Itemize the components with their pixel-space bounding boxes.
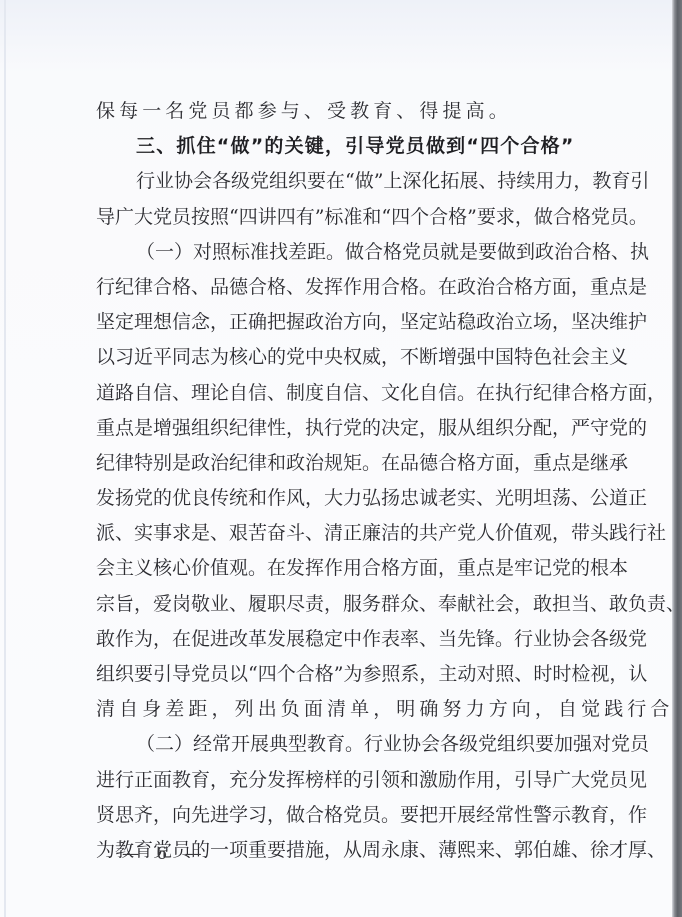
paragraph-line: 进行正面教育，充分发挥榜样的引领和激励作用，引导广大党员见 — [96, 763, 624, 798]
scan-edge-border — [672, 0, 682, 917]
document-page: 保每一名党员都参与、受教育、得提高。 三、抓住“做”的关键，引导党员做到“四个合… — [0, 0, 672, 917]
paragraph-line: 贤思齐，向先进学习，做合格党员。要把开展经常性警示教育，作 — [96, 798, 624, 833]
subsection-2-line: （二）经常开展典型教育。行业协会各级党组织要加强对党员 — [96, 727, 624, 762]
paragraph-line: 行纪律合格、品德合格、发挥作用合格。在政治合格方面，重点是 — [96, 270, 624, 305]
document-body: 保每一名党员都参与、受教育、得提高。 三、抓住“做”的关键，引导党员做到“四个合… — [96, 94, 624, 868]
paragraph-line: 坚定理想信念，正确把握政治方向，坚定站稳政治立场，坚决维护 — [96, 305, 624, 340]
paragraph-line: 发扬党的优良传统和作风，大力弘扬忠诚老实、光明坦荡、公道正 — [96, 481, 624, 516]
paragraph-line: 导广大党员按照“四讲四有”标准和“四个合格”要求，做合格党员。 — [96, 200, 624, 235]
text-line-continuation: 保每一名党员都参与、受教育、得提高。 — [96, 94, 624, 129]
page-number: — 6 — — [122, 844, 208, 864]
paragraph-line: 组织要引导党员以“四个合格”为参照系，主动对照、时时检视，认 — [96, 657, 624, 692]
scan-left-shadow — [4, 0, 6, 917]
paragraph-line: 清自身差距，列出负面清单，明确努力方向，自觉践行合格标准。 — [96, 692, 624, 727]
paragraph-line: 会主义核心价值观。在发挥作用合格方面，重点是牢记党的根本 — [96, 551, 624, 586]
section-heading-3: 三、抓住“做”的关键，引导党员做到“四个合格” — [96, 129, 624, 164]
paragraph-line: 宗旨，爱岗敬业、履职尽责，服务群众、奉献社会，敢担当、敢负责、 — [96, 587, 624, 622]
paragraph-line: 道路自信、理论自信、制度自信、文化自信。在执行纪律合格方面， — [96, 376, 624, 411]
paragraph-line: 派、实事求是、艰苦奋斗、清正廉洁的共产党人价值观，带头践行社 — [96, 516, 624, 551]
subsection-1-line: （一）对照标准找差距。做合格党员就是要做到政治合格、执 — [96, 235, 624, 270]
paragraph-line: 行业协会各级党组织要在“做”上深化拓展、持续用力，教育引 — [96, 164, 624, 199]
paragraph-line: 敢作为，在促进改革发展稳定中作表率、当先锋。行业协会各级党 — [96, 622, 624, 657]
paragraph-line: 以习近平同志为核心的党中央权威，不断增强中国特色社会主义 — [96, 340, 624, 375]
paragraph-line: 纪律特别是政治纪律和政治规矩。在品德合格方面，重点是继承 — [96, 446, 624, 481]
paragraph-line: 重点是增强组织纪律性，执行党的决定，服从组织分配，严守党的 — [96, 411, 624, 446]
